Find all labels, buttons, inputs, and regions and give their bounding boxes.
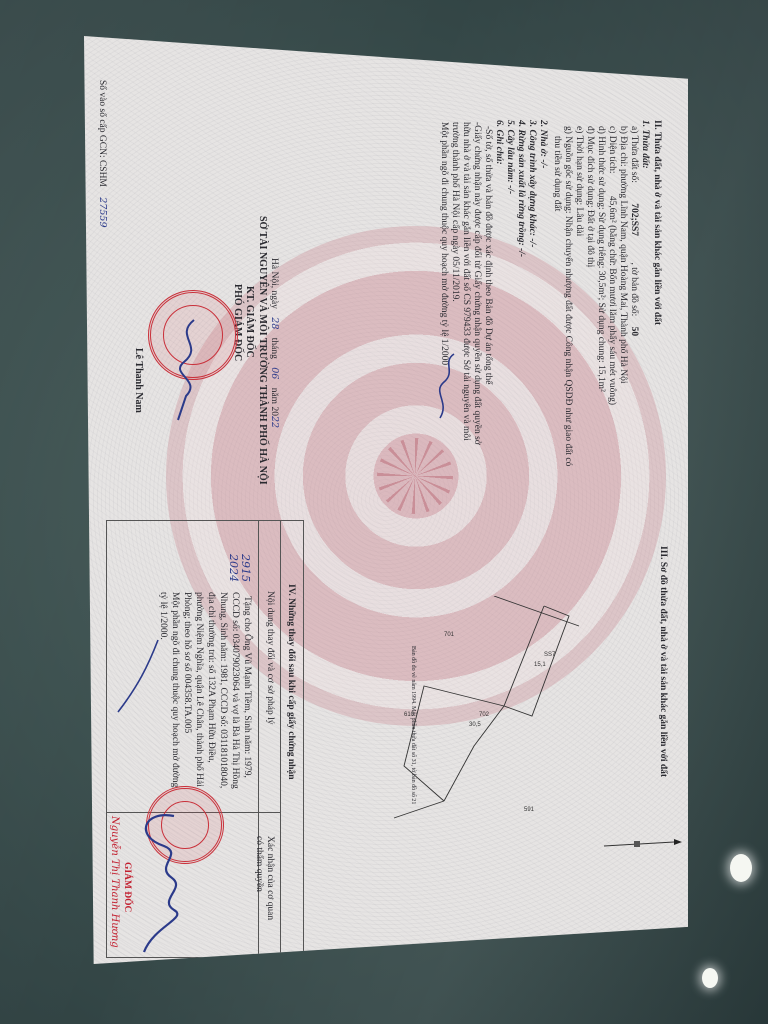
usage-term: e) Thời hạn sử dụng: Lâu dài (573, 126, 584, 236)
registry-number: Số vào sổ cấp GCN: CSHM 27559 (96, 80, 108, 228)
initial-mark (432, 352, 462, 422)
note-line-4: trường thành phố Hà Nội cấp ngày 05/11/2… (449, 122, 460, 302)
entry-line: phường Niệm Nghĩa, quận Lê Chân, thành p… (193, 592, 204, 787)
signing-day: 28 (269, 317, 280, 329)
address: b) Địa chỉ: phường Lĩnh Nam, quận Hoàng … (617, 126, 628, 383)
deputy-director-signature (164, 316, 214, 426)
parcel-number-row: a) Thửa đất số: 702;SS7 , tờ bản đồ số: … (628, 126, 639, 336)
parcel-number: 702;SS7 (629, 203, 639, 236)
entry-line: Một phần ngõ đi chung thuộc quy hoạch mở… (169, 592, 180, 787)
registry-value: 27559 (97, 197, 108, 227)
director-name: Nguyễn Thị Thanh Hương (109, 816, 120, 948)
usage-form: d) Hình thức sử dụng: Sử dụng riêng: 30,… (595, 126, 606, 392)
kt-director: KT. GIÁM ĐỐC (244, 286, 255, 358)
entry-line: Tặng cho Ông Vũ Mạnh Tiềm, Sinh năm: 197… (241, 596, 252, 778)
area-row: c) Diện tích: 45,6m² (bằng chữ: Bốn mươi… (606, 126, 617, 405)
parcel-label-main: 702 (479, 712, 490, 718)
note-line-1: -Số tờ, số thửa và bản đồ được xác định … (482, 126, 493, 384)
director-title: GIÁM ĐỐC (121, 862, 132, 912)
parcel-label-shared: SS7 (544, 652, 556, 658)
entry-number: 2915 (239, 554, 252, 582)
table-divider (280, 520, 281, 956)
diagram-footnote: Bản đồ đo vẽ năm 1994. Một phần thửa đất… (407, 646, 418, 804)
signing-date: Hà Nội, ngày 28 tháng 06 năm 2022 (268, 258, 280, 428)
shared-area-label: 15,1 (534, 662, 546, 668)
item5-trees: 5. Cây lâu năm: -/- (504, 120, 515, 194)
item2-house: 2. Nhà ở: -/- (537, 120, 548, 168)
entry-line: địa chỉ thường trú: số 132A Phạm Hữu Điề… (205, 592, 216, 763)
signing-month: 06 (269, 367, 280, 379)
entry-line: CCCD số: 034079023064 và vợ là Bà Hà Thị… (229, 592, 240, 789)
usage-origin: g) Nguồn gốc sử dụng: Nhận chuyển nhượng… (562, 126, 573, 466)
note-line-2: -Giấy chứng nhận này được cấp đổi từ Giấ… (471, 122, 482, 445)
neighbor-701: 701 (444, 632, 455, 638)
item1-label: 1. Thửa đất: (639, 120, 650, 169)
issuing-agency: SỞ TÀI NGUYÊN VÀ MÔI TRƯỜNG THÀNH PHỐ HÀ… (257, 216, 268, 485)
entry-line: Phòng; theo hồ sơ số 004358.TA.005 (181, 592, 192, 733)
entry-line: Nhung, Sinh năm: 1981, CCCD số: 03118101… (217, 592, 228, 788)
entry-initial-mark (108, 636, 168, 716)
signing-year: 22 (269, 416, 280, 428)
north-arrow (604, 836, 684, 856)
neighbor-591: 591 (524, 807, 535, 813)
usage-origin-cont: thu tiền sử dụng đất (551, 136, 562, 211)
drum-star-emblem (377, 438, 453, 514)
section-iii-title: III. Sơ đồ thửa đất, nhà ở và tài sản kh… (657, 546, 668, 777)
item6-notes: 6. Ghi chú: (493, 120, 504, 165)
usage-purpose: đ) Mục đích sử dụng: Đất ở tại đô thị (584, 126, 595, 267)
light-reflection (730, 854, 752, 882)
land-certificate-page: II. Thửa đất, nhà ở và tài sản khác gắn … (84, 36, 688, 964)
area-value: 45,6m² (bằng chữ: Bốn mươi lăm phẩy sáu … (607, 196, 617, 405)
entry-year: 2024 (227, 554, 240, 582)
section-iv-title: IV. Những thay đổi sau khi cấp giấy chứn… (285, 584, 296, 780)
signer-name: Lê Thanh Nam (133, 348, 144, 413)
entry-line: tỷ lệ 1/2000. (157, 592, 168, 640)
light-reflection (702, 968, 718, 988)
item4-forest: 4. Rừng sản xuất là rừng trồng: -/- (515, 120, 526, 257)
col-confirm-header: Xác nhận của cơ quan có thẩm quyền (253, 836, 275, 926)
section-ii-title: II. Thửa đất, nhà ở và tài sản khác gắn … (651, 120, 662, 325)
parcel-label-area: 30,5 (469, 722, 481, 728)
map-sheet-number: 50 (629, 327, 639, 337)
col-content-header: Nội dung thay đổi và cơ sở pháp lý (264, 591, 275, 725)
note-line-5: Một phần ngõ đi chung thuộc quy hoạch mở… (438, 122, 449, 365)
item3-works: 3. Công trình xây dựng khác: -/- (526, 120, 537, 247)
